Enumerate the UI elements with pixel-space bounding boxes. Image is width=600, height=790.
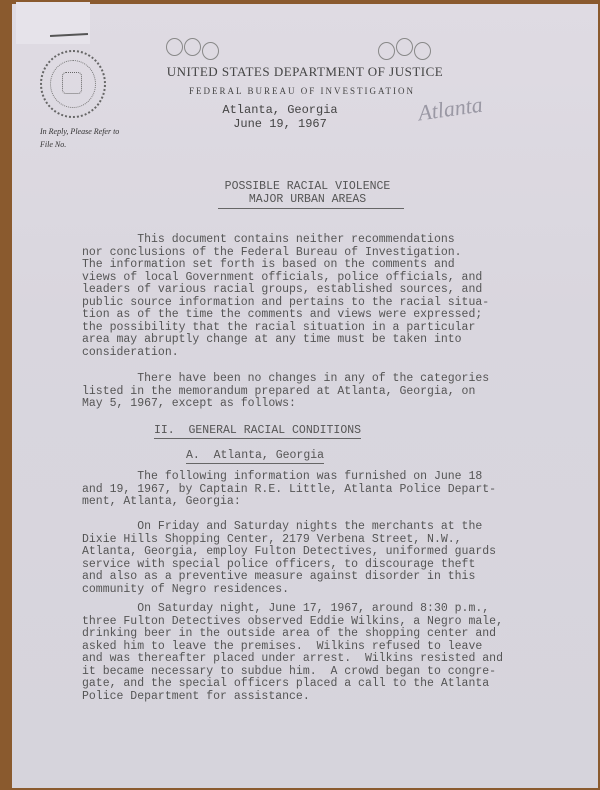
document-title: POSSIBLE RACIAL VIOLENCE MAJOR URBAN ARE… xyxy=(200,180,415,206)
bureau-name: FEDERAL BUREAU OF INVESTIGATION xyxy=(172,86,432,96)
department-name: UNITED STATES DEPARTMENT OF JUSTICE xyxy=(160,64,450,80)
doj-seal-icon xyxy=(40,50,106,118)
section-heading: II. GENERAL RACIAL CONDITIONS xyxy=(154,424,361,439)
paper-tab xyxy=(16,2,90,44)
pen-mark xyxy=(50,33,88,37)
subsection-heading: A. Atlanta, Georgia xyxy=(186,449,324,464)
date: June 19, 1967 xyxy=(200,117,360,131)
location: Atlanta, Georgia xyxy=(200,103,360,117)
intro-paragraph: There have been no changes in any of the… xyxy=(82,373,582,411)
title-underline xyxy=(218,208,404,209)
disclaimer-paragraph: This document contains neither recommend… xyxy=(82,234,582,359)
source-paragraph: The following information was furnished … xyxy=(82,471,582,509)
punch-holes-right-icon xyxy=(378,38,431,60)
location-date: Atlanta, Georgia June 19, 1967 xyxy=(200,103,360,131)
paragraph-shopping-center: On Friday and Saturday nights the mercha… xyxy=(82,521,582,596)
reply-reference: In Reply, Please Refer to File No. xyxy=(40,125,119,151)
punch-holes-left-icon xyxy=(166,38,219,60)
paragraph-arrest-incident: On Saturday night, June 17, 1967, around… xyxy=(82,603,582,703)
